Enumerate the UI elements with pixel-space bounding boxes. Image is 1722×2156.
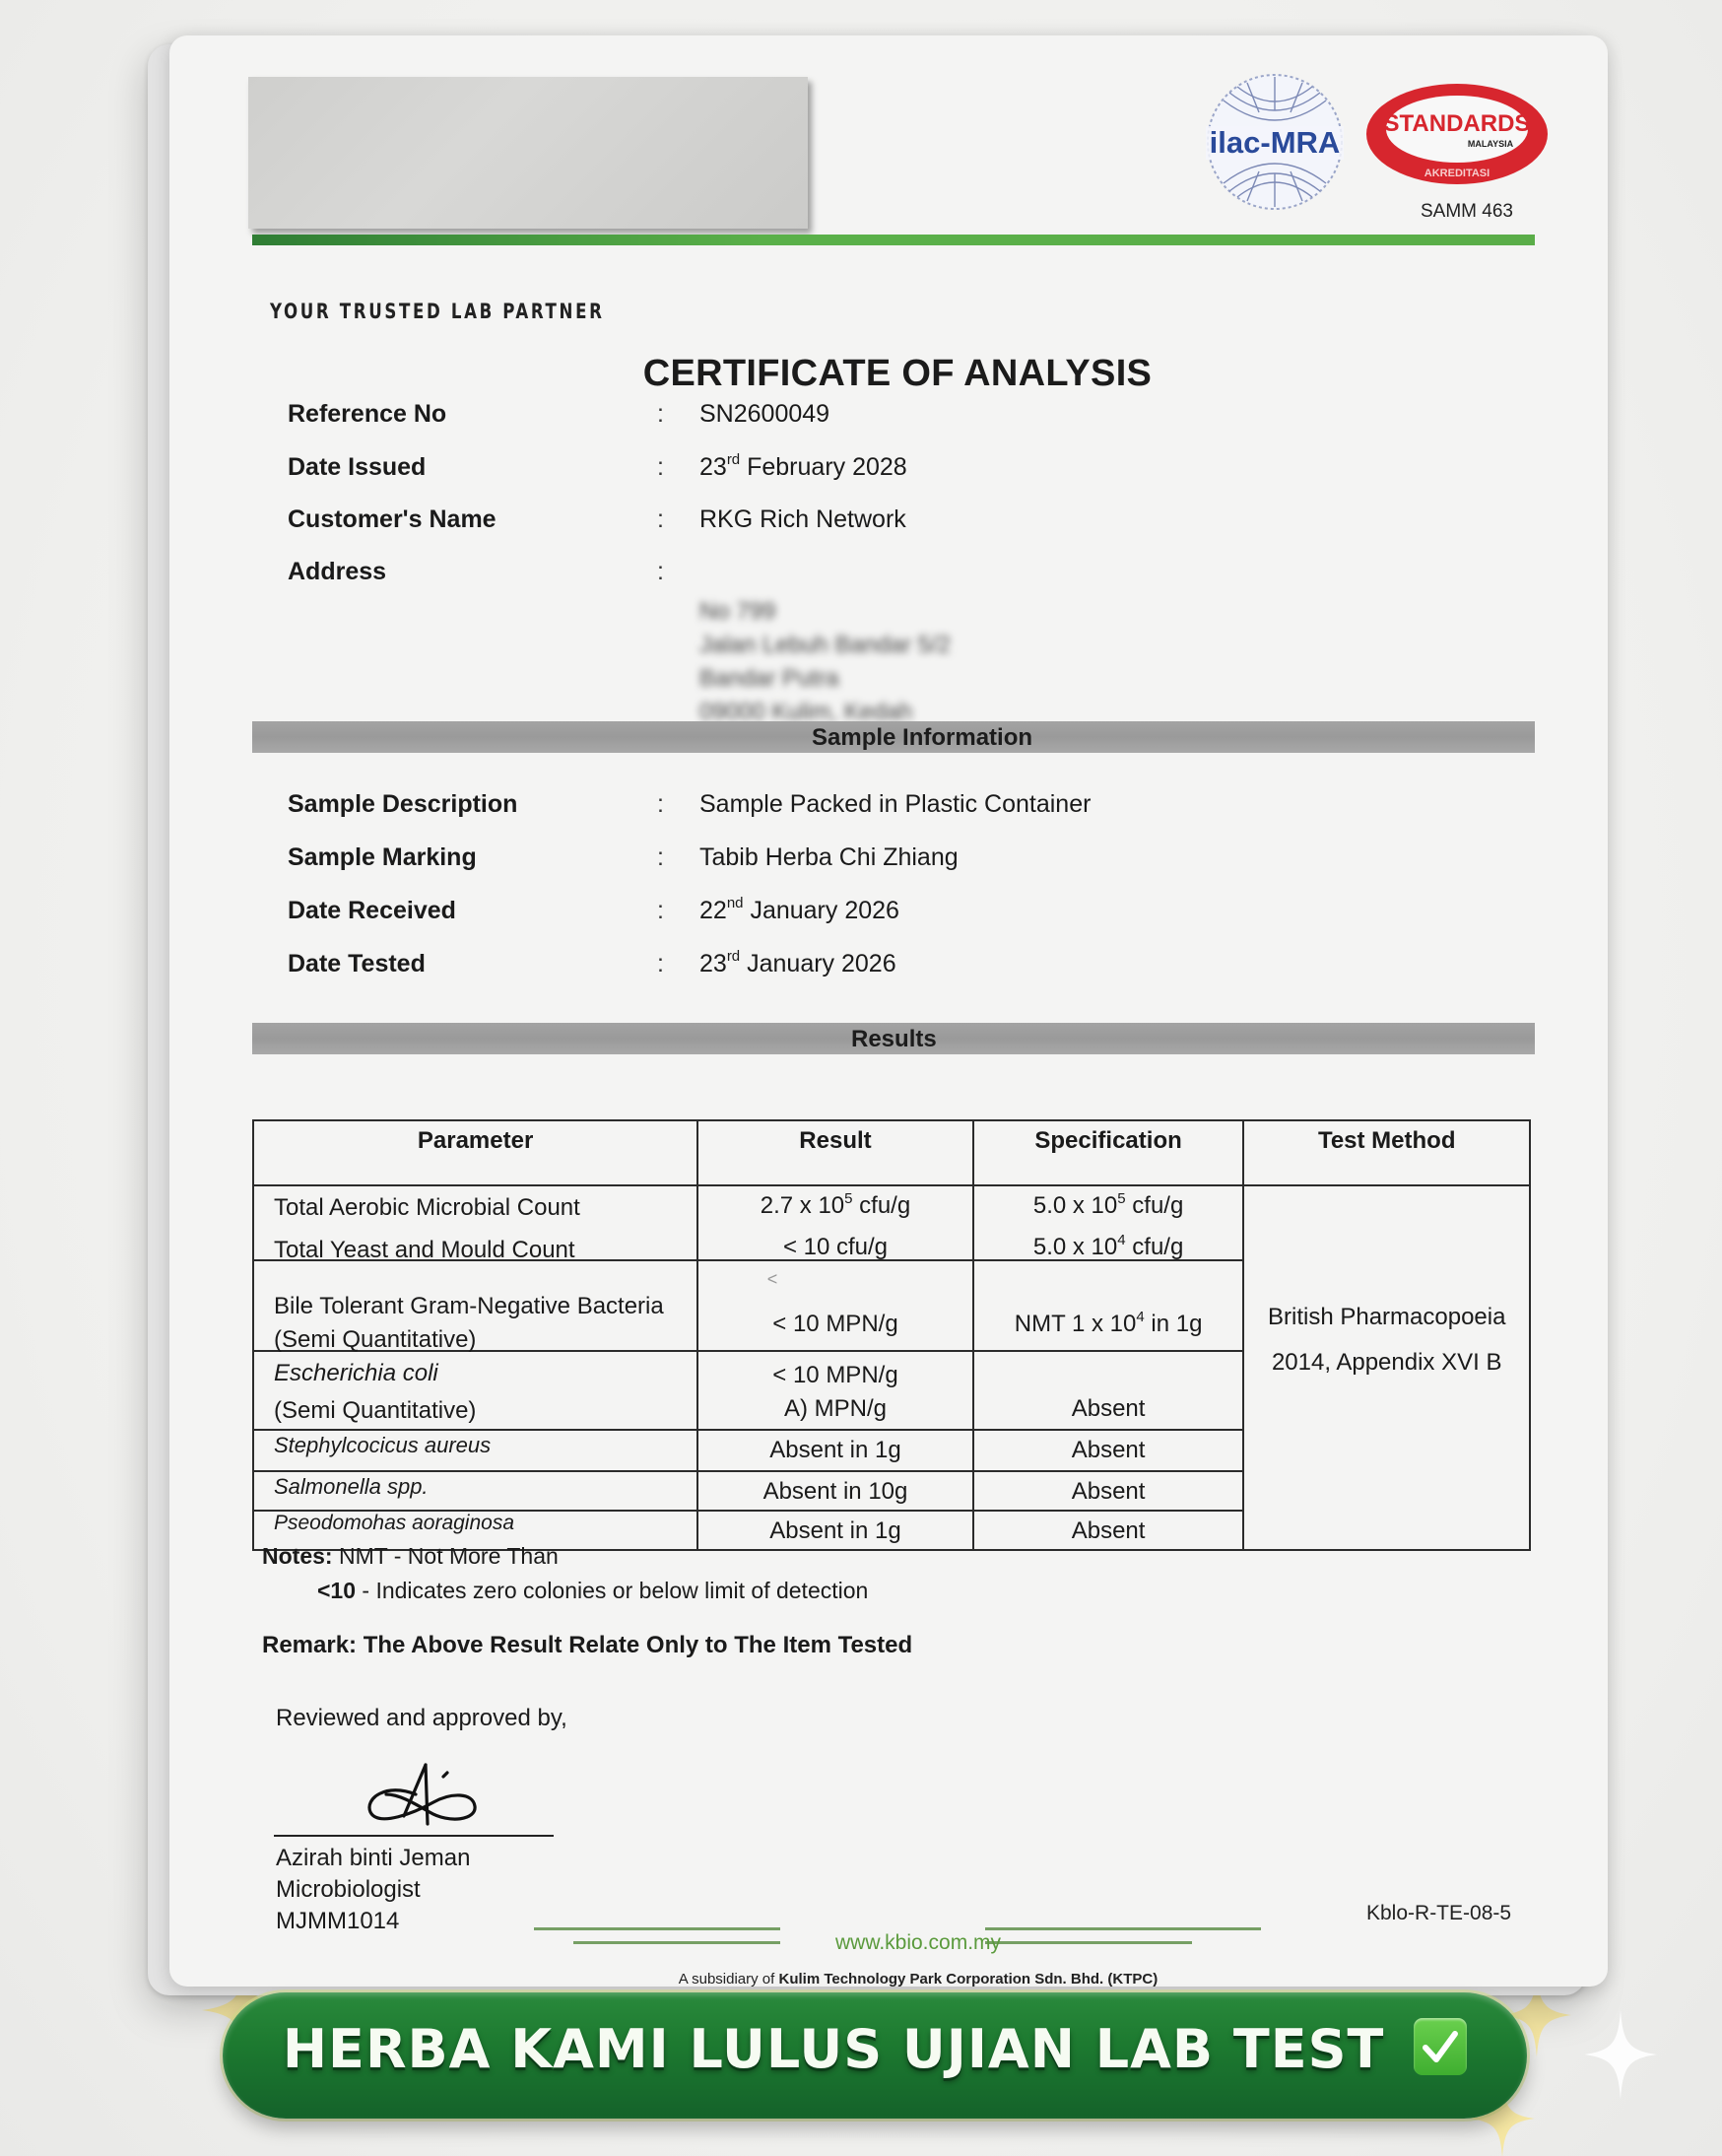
field-label: Address (288, 558, 386, 586)
cell-result: < 10 MPN/g A) MPN/g (697, 1351, 973, 1430)
field-date-received: Date Received : 22nd January 2026 (169, 897, 1608, 936)
banner-text: HERBA KAMI LULUS UJIAN LAB TEST (223, 2018, 1527, 2081)
column-header-parameter: Parameter (253, 1120, 697, 1185)
field-date-tested: Date Tested : 23rd January 2026 (169, 950, 1608, 989)
field-customer-name: Customer's Name : RKG Rich Network (169, 505, 1608, 545)
document-title: CERTIFICATE OF ANALYSIS (169, 353, 1608, 395)
signer-name: Azirah binti Jeman (276, 1843, 470, 1874)
table-header-row: Parameter Result Specification Test Meth… (253, 1120, 1530, 1185)
address-blurred: No 799 Jalan Lebuh Bandar 5/2 Bandar Put… (699, 595, 951, 729)
certificate-page: YOUR TRUSTED LAB PARTNER ilac-MRA STANDA… (169, 35, 1608, 1987)
field-label: Sample Marking (288, 843, 477, 872)
website-link[interactable]: www.kbio.com.my (169, 1931, 1608, 1955)
field-colon: : (657, 950, 664, 978)
section-heading: Sample Information (812, 724, 1032, 752)
signature-icon (357, 1755, 485, 1834)
field-colon: : (657, 790, 664, 819)
field-value: Sample Packed in Plastic Container (699, 790, 1091, 819)
reviewed-label: Reviewed and approved by, (276, 1705, 567, 1732)
cell-parameter: Bile Tolerant Gram-Negative Bacteria (Se… (253, 1260, 697, 1351)
cell-parameter: Salmonella spp. (253, 1471, 697, 1511)
field-colon: : (657, 400, 664, 429)
cell-specification: 5.0 x 105 cfu/g 5.0 x 104 cfu/g (973, 1185, 1244, 1260)
field-value: SN2600049 (699, 400, 829, 429)
field-label: Customer's Name (288, 505, 497, 534)
cell-test-method: British Pharmacopoeia 2014, Appendix XVI… (1243, 1185, 1530, 1550)
field-value: 23rd January 2026 (699, 950, 896, 978)
remark: Remark: The Above Result Relate Only to … (262, 1632, 912, 1659)
section-band-sample-information: Sample Information (252, 721, 1535, 753)
certificate-paper: YOUR TRUSTED LAB PARTNER ilac-MRA STANDA… (169, 35, 1608, 1987)
cell-result: Absent in 10g (697, 1471, 973, 1511)
tagline: YOUR TRUSTED LAB PARTNER (270, 300, 605, 323)
field-label: Sample Description (288, 790, 517, 819)
field-colon: : (657, 558, 664, 586)
field-label: Date Issued (288, 453, 426, 482)
field-label: Date Tested (288, 950, 426, 978)
footer-rule (985, 1927, 1261, 1930)
column-header-test-method: Test Method (1243, 1120, 1530, 1185)
table-row: Total Aerobic Microbial Count Total Yeas… (253, 1185, 1530, 1260)
cell-specification: Absent (973, 1471, 1244, 1511)
cell-result: < < 10 MPN/g (697, 1260, 973, 1351)
signer-role: Microbiologist (276, 1874, 470, 1906)
samm-accreditation-number: SAMM 463 (1421, 201, 1513, 223)
notes: Notes: NMT - Not More Than <10 - Indicat… (262, 1539, 868, 1608)
field-colon: : (657, 897, 664, 925)
svg-text:ilac-MRA: ilac-MRA (1210, 125, 1341, 160)
cell-parameter: Escherichia coli (Semi Quantitative) (253, 1351, 697, 1430)
document-code: Kblo-R-TE-08-5 (1366, 1902, 1511, 1925)
field-address: Address : (169, 558, 1608, 597)
field-sample-description: Sample Description : Sample Packed in Pl… (169, 790, 1608, 830)
field-sample-marking: Sample Marking : Tabib Herba Chi Zhiang (169, 843, 1608, 883)
header-divider (252, 235, 1535, 245)
footer-rule (534, 1927, 780, 1930)
field-value: RKG Rich Network (699, 505, 906, 534)
subsidiary-note: A subsidiary of Kulim Technology Park Co… (169, 1971, 1608, 1988)
results-table: Parameter Result Specification Test Meth… (252, 1119, 1531, 1551)
svg-text:STANDARDS: STANDARDS (1384, 110, 1531, 137)
field-label: Reference No (288, 400, 446, 429)
field-colon: : (657, 843, 664, 872)
cell-specification: Absent (973, 1430, 1244, 1471)
field-colon: : (657, 453, 664, 482)
column-header-specification: Specification (973, 1120, 1244, 1185)
field-date-issued: Date Issued : 23rd February 2028 (169, 453, 1608, 493)
cell-specification: Absent (973, 1351, 1244, 1430)
field-value: 22nd January 2026 (699, 897, 899, 925)
signer-block: Azirah binti Jeman Microbiologist MJMM10… (276, 1843, 470, 1937)
cell-parameter: Total Aerobic Microbial Count Total Yeas… (253, 1185, 697, 1260)
ilac-mra-logo-icon: ilac-MRA (1204, 71, 1346, 213)
company-logo-redacted (248, 77, 808, 229)
field-value: Tabib Herba Chi Zhiang (699, 843, 959, 872)
lab-test-passed-banner: HERBA KAMI LULUS UJIAN LAB TEST (223, 1992, 1527, 2119)
section-heading: Results (851, 1026, 937, 1053)
svg-text:MALAYSIA: MALAYSIA (1468, 139, 1514, 149)
field-colon: : (657, 505, 664, 534)
check-mark-icon (1414, 2018, 1467, 2075)
sparkle-icon (1576, 2010, 1665, 2099)
section-band-results: Results (252, 1023, 1535, 1054)
field-label: Date Received (288, 897, 456, 925)
cell-specification: Absent (973, 1511, 1244, 1550)
field-reference-no: Reference No : SN2600049 (169, 400, 1608, 439)
cell-specification: NMT 1 x 104 in 1g (973, 1260, 1244, 1351)
svg-text:AKREDITASI: AKREDITASI (1424, 168, 1490, 179)
cell-parameter: Stephylcocicus aureus (253, 1430, 697, 1471)
field-value: 23rd February 2028 (699, 453, 907, 482)
signature-line (274, 1835, 554, 1837)
standards-malaysia-logo-icon: STANDARDS MALAYSIA AKREDITASI (1362, 80, 1552, 188)
cell-result: Absent in 1g (697, 1430, 973, 1471)
column-header-result: Result (697, 1120, 973, 1185)
cell-result: 2.7 x 105 cfu/g < 10 cfu/g (697, 1185, 973, 1260)
